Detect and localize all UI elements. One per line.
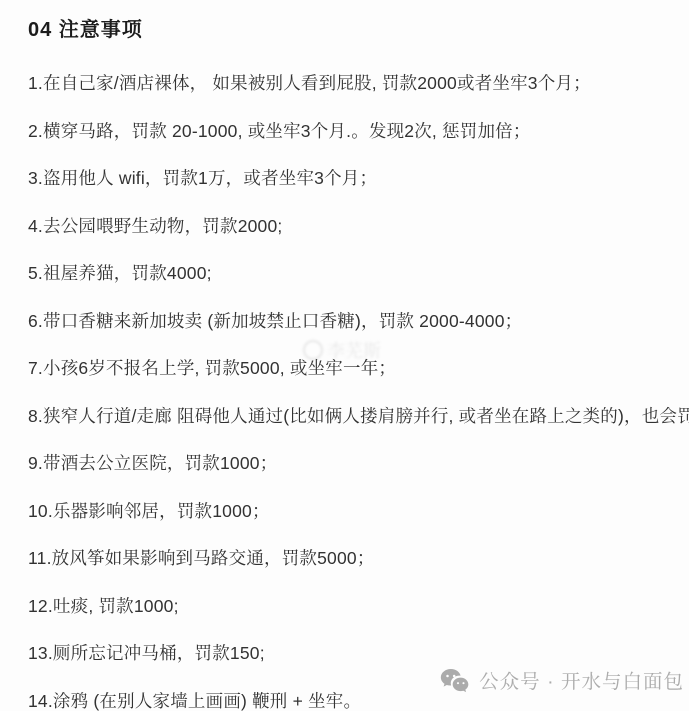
rule-item-6: 6.带口香糖来新加坡卖 (新加坡禁止口香糖)，罚款 2000-4000； xyxy=(28,311,683,332)
rule-item-11: 11.放风筝如果影响到马路交通，罚款5000； xyxy=(28,548,683,569)
rule-item-8: 8.狭窄人行道/走廊 阻碍他人通过(比如俩人搂肩膀并行, 或者坐在路上之类的)，… xyxy=(28,406,683,427)
rule-item-3: 3.盗用他人 wifi，罚款1万，或者坐牢3个月； xyxy=(28,168,683,189)
wechat-icon xyxy=(440,668,470,693)
rule-item-10: 10.乐器影响邻居，罚款1000； xyxy=(28,501,683,522)
rule-item-1: 1.在自己家/酒店裸体， 如果被别人看到屁股, 罚款2000或者坐牢3个月； xyxy=(28,73,683,94)
rule-item-9: 9.带酒去公立医院，罚款1000； xyxy=(28,453,683,474)
rule-item-13: 13.厕所忘记冲马桶，罚款150; xyxy=(28,643,683,664)
rule-item-4: 4.去公园喂野生动物，罚款2000; xyxy=(28,216,683,237)
watermark-bottom-text: 公众号 · 开水与白面包 xyxy=(479,666,684,694)
rule-item-2: 2.横穿马路，罚款 20-1000, 或坐牢3个月.。发现2次, 惩罚加倍； xyxy=(28,121,683,142)
rule-item-12: 12.吐痰, 罚款1000; xyxy=(28,596,683,617)
bottom-watermark: 公众号 · 开水与白面包 xyxy=(440,666,684,694)
article-body: 04 注意事项 1.在自己家/酒店裸体， 如果被别人看到屁股, 罚款2000或者… xyxy=(0,0,689,711)
rule-item-5: 5.祖屋养猫，罚款4000; xyxy=(28,263,683,284)
page-title: 04 注意事项 xyxy=(28,13,683,42)
rule-item-7: 7.小孩6岁不报名上学, 罚款5000, 或坐牢一年； xyxy=(28,358,683,379)
